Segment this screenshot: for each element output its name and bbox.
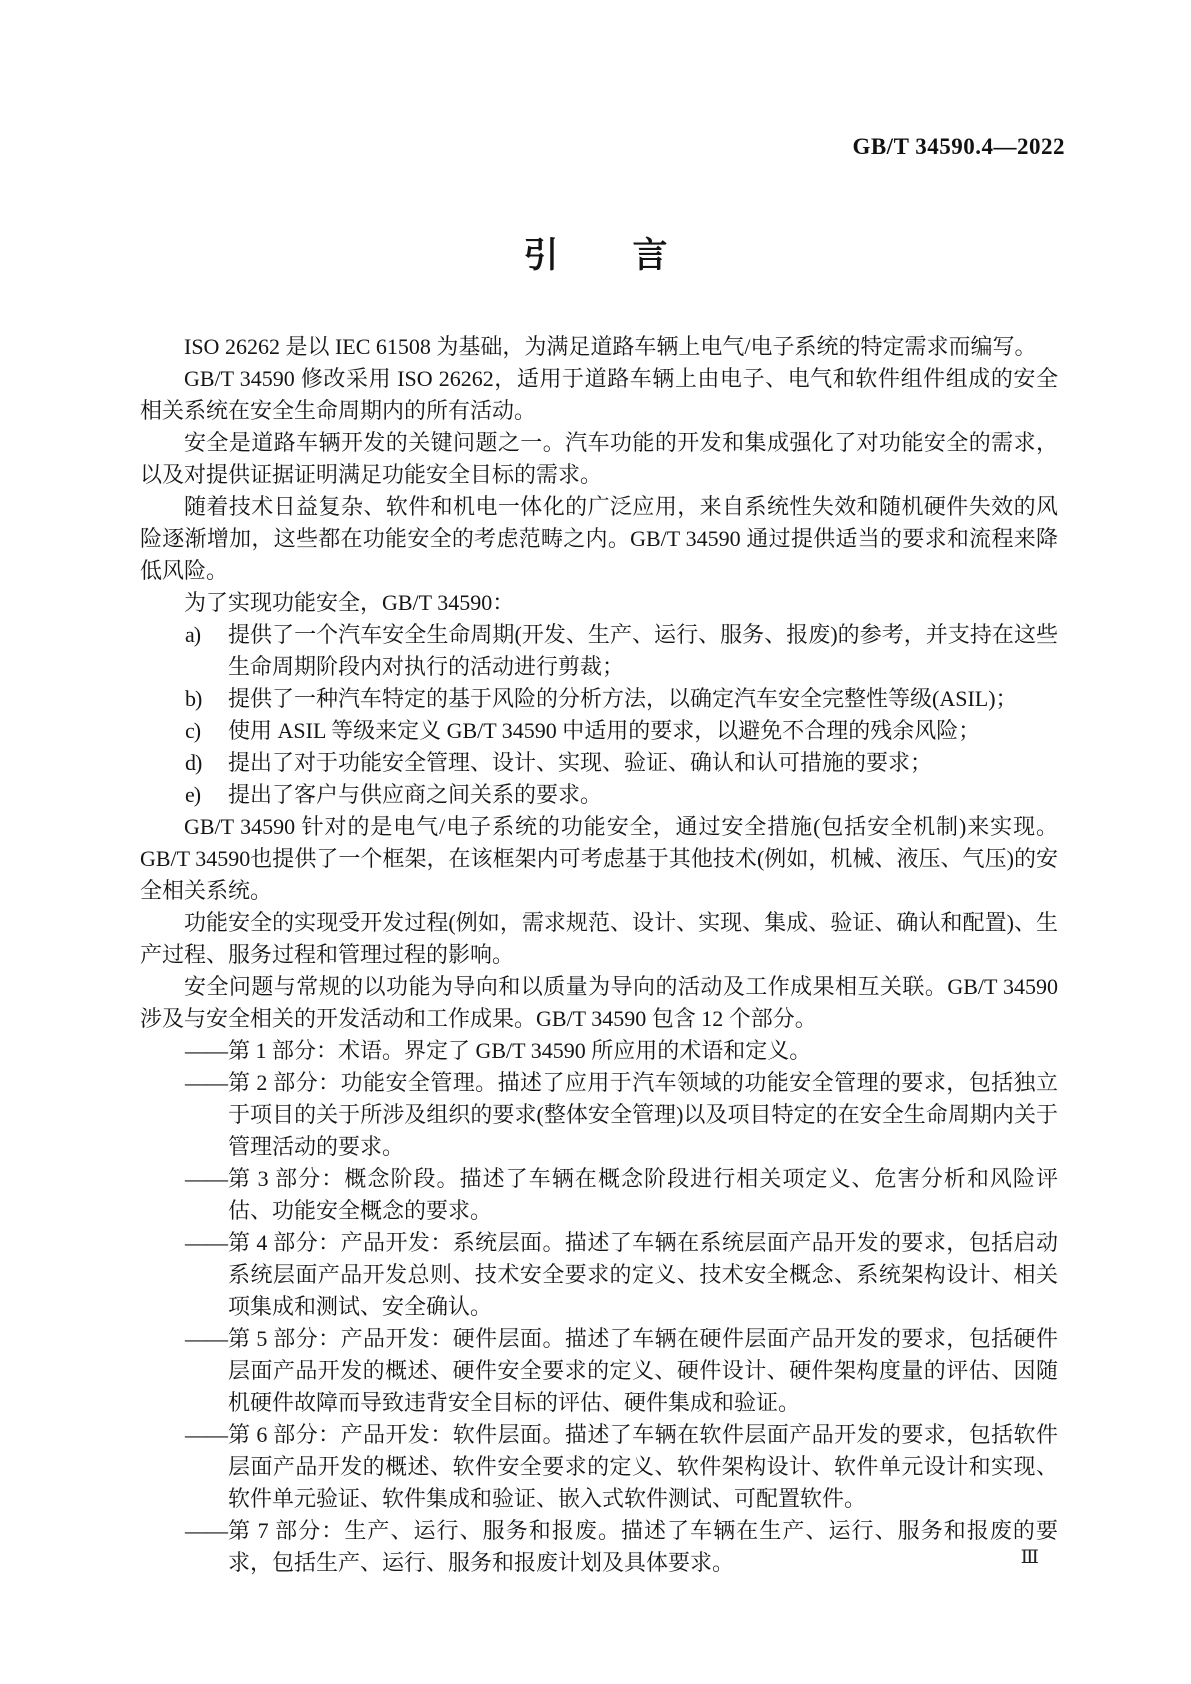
lettered-list-item: b) 提供了一种汽车特定的基于风险的分析方法，以确定汽车安全完整性等级(ASIL… [185,683,1058,715]
part-item-text: 第 2 部分：功能安全管理。描述了应用于汽车领域的功能安全管理的要求，包括独立于… [228,1067,1058,1163]
title-char-second: 言 [633,236,668,276]
paragraph: GB/T 34590 针对的是电气/电子系统的功能安全，通过安全措施(包括安全机… [140,811,1058,907]
page-number: Ⅲ [1021,1546,1039,1569]
lettered-list-item: d) 提出了对于功能安全管理、设计、实现、验证、确认和认可措施的要求； [185,747,1058,779]
part-item-text: 第 6 部分：产品开发：软件层面。描述了车辆在软件层面产品开发的要求，包括软件层… [228,1419,1058,1515]
part-item-text: 第 7 部分：生产、运行、服务和报废。描述了车辆在生产、运行、服务和报废的要求，… [228,1515,1058,1579]
part-item-text: 第 3 部分：概念阶段。描述了车辆在概念阶段进行相关项定义、危害分析和风险评估、… [228,1163,1058,1227]
dash-marker: —— [185,1227,228,1259]
list-item-label: d) [185,747,228,779]
list-item-text: 提出了客户与供应商之间关系的要求。 [228,779,1058,811]
list-item-text: 提供了一种汽车特定的基于风险的分析方法，以确定汽车安全完整性等级(ASIL)； [228,683,1058,715]
standard-number: GB/T 34590.4—2022 [852,134,1065,160]
part-item-text: 第 5 部分：产品开发：硬件层面。描述了车辆在硬件层面产品开发的要求，包括硬件层… [228,1323,1058,1419]
lettered-list-item: a) 提供了一个汽车安全生命周期(开发、生产、运行、服务、报废)的参考，并支持在… [185,619,1058,683]
dash-marker: —— [185,1067,228,1099]
part-list-item: —— 第 4 部分：产品开发：系统层面。描述了车辆在系统层面产品开发的要求，包括… [185,1227,1058,1323]
document-body: ISO 26262 是以 IEC 61508 为基础，为满足道路车辆上电气/电子… [140,331,1058,1579]
part-list-item: —— 第 6 部分：产品开发：软件层面。描述了车辆在软件层面产品开发的要求，包括… [185,1419,1058,1515]
list-item-label: b) [185,683,228,715]
lettered-list-item: e) 提出了客户与供应商之间关系的要求。 [185,779,1058,811]
title-char-first: 引 [523,236,558,276]
paragraph: 为了实现功能安全，GB/T 34590： [140,587,1058,619]
dash-marker: —— [185,1323,228,1355]
paragraph: ISO 26262 是以 IEC 61508 为基础，为满足道路车辆上电气/电子… [140,331,1058,363]
part-list-item: —— 第 2 部分：功能安全管理。描述了应用于汽车领域的功能安全管理的要求，包括… [185,1067,1058,1163]
paragraph: 功能安全的实现受开发过程(例如，需求规范、设计、实现、集成、验证、确认和配置)、… [140,907,1058,971]
parts-list: —— 第 1 部分：术语。界定了 GB/T 34590 所应用的术语和定义。 —… [140,1035,1058,1579]
document-page: GB/T 34590.4—2022 引言 ISO 26262 是以 IEC 61… [0,0,1191,1684]
list-item-label: c) [185,715,228,747]
part-list-item: —— 第 7 部分：生产、运行、服务和报废。描述了车辆在生产、运行、服务和报废的… [185,1515,1058,1579]
dash-marker: —— [185,1419,228,1451]
list-item-label: a) [185,619,228,651]
middle-paragraphs: GB/T 34590 针对的是电气/电子系统的功能安全，通过安全措施(包括安全机… [140,811,1058,1035]
part-list-item: —— 第 1 部分：术语。界定了 GB/T 34590 所应用的术语和定义。 [185,1035,1058,1067]
dash-marker: —— [185,1035,228,1067]
paragraph: 安全是道路车辆开发的关键问题之一。汽车功能的开发和集成强化了对功能安全的需求，以… [140,427,1058,491]
part-item-text: 第 4 部分：产品开发：系统层面。描述了车辆在系统层面产品开发的要求，包括启动系… [228,1227,1058,1323]
paragraph: GB/T 34590 修改采用 ISO 26262，适用于道路车辆上由电子、电气… [140,363,1058,427]
part-item-text: 第 1 部分：术语。界定了 GB/T 34590 所应用的术语和定义。 [228,1035,1058,1067]
list-item-label: e) [185,779,228,811]
dash-marker: —— [185,1515,228,1547]
dash-marker: —— [185,1163,228,1195]
list-item-text: 提出了对于功能安全管理、设计、实现、验证、确认和认可措施的要求； [228,747,1058,779]
list-item-text: 提供了一个汽车安全生命周期(开发、生产、运行、服务、报废)的参考，并支持在这些生… [228,619,1058,683]
paragraph: 安全问题与常规的以功能为导向和以质量为导向的活动及工作成果相互关联。GB/T 3… [140,971,1058,1035]
paragraph: 随着技术日益复杂、软件和机电一体化的广泛应用，来自系统性失效和随机硬件失效的风险… [140,491,1058,587]
part-list-item: —— 第 5 部分：产品开发：硬件层面。描述了车辆在硬件层面产品开发的要求，包括… [185,1323,1058,1419]
lettered-list: a) 提供了一个汽车安全生命周期(开发、生产、运行、服务、报废)的参考，并支持在… [140,619,1058,811]
lettered-list-item: c) 使用 ASIL 等级来定义 GB/T 34590 中适用的要求，以避免不合… [185,715,1058,747]
part-list-item: —— 第 3 部分：概念阶段。描述了车辆在概念阶段进行相关项定义、危害分析和风险… [185,1163,1058,1227]
page-title: 引言 [0,236,1191,276]
opening-paragraphs: ISO 26262 是以 IEC 61508 为基础，为满足道路车辆上电气/电子… [140,331,1058,619]
list-item-text: 使用 ASIL 等级来定义 GB/T 34590 中适用的要求，以避免不合理的残… [228,715,1058,747]
